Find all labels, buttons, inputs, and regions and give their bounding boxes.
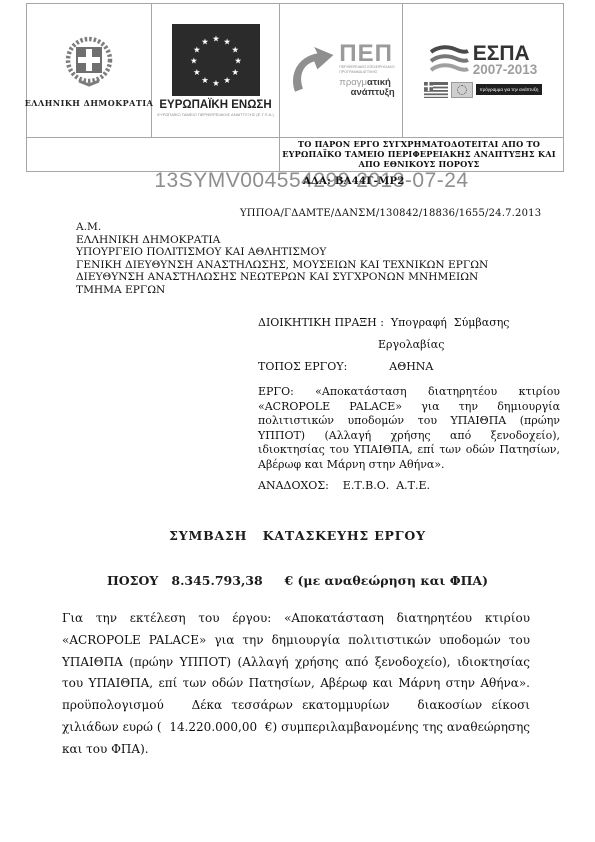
eu-mini-flag-icon xyxy=(451,82,473,98)
administrative-act-line2: Εργολαβίας xyxy=(258,338,595,351)
contract-title: ΣΥΜΒΑΣΗ ΚΑΤΑΣΚΕΥΗΣ ΕΡΓΟΥ xyxy=(0,528,595,543)
svg-text:★: ★ xyxy=(212,78,219,88)
am-label: Α.Μ. xyxy=(76,221,488,234)
agency-line: ΔΙΕΥΘΥΝΣΗ ΑΝΑΣΤΗΛΩΣΗΣ ΝΕΩΤΕΡΩΝ ΚΑΙ ΣΥΓΧΡ… xyxy=(76,271,488,284)
pep-swoosh-icon xyxy=(287,45,335,97)
eu-flag-icon: ★ ★ ★ ★ ★ ★ ★ ★ ★ ★ ★ ★ xyxy=(172,24,260,96)
pep-acronym: ΠΕΠ xyxy=(339,43,393,65)
svg-text:★: ★ xyxy=(190,56,197,66)
svg-text:★: ★ xyxy=(193,45,200,55)
agency-line: ΥΠΟΥΡΓΕΙΟ ΠΟΛΙΤΙΣΜΟΥ ΚΑΙ ΑΘΛΗΤΙΣΜΟΥ xyxy=(76,246,488,259)
project-description: ΕΡΓΟ: «Αποκατάσταση διατηρητέου κτιρίου … xyxy=(258,385,560,473)
eu-subtitle: ΕΥΡΩΠΑΪΚΟ ΤΑΜΕΙΟ ΠΕΡΙΦΕΡΕΙΑΚΗΣ ΑΝΑΠΤΥΞΗΣ… xyxy=(157,112,273,117)
contract-amount-line: ΠΟΣΟΥ 8.345.793,38 € (με αναθεώρηση και … xyxy=(0,573,595,588)
administrative-act-line: ΔΙΟΙΚΗΤΙΚΗ ΠΡΑΞΗ : Υπογραφή Σύμβασης xyxy=(258,316,560,329)
espa-cell: ΕΣΠΑ 2007-2013 πρόγραμμα για την ανάπτυξ… xyxy=(403,4,563,137)
contract-body-paragraph: Για την εκτέλεση του έργου: «Αποκατάστασ… xyxy=(62,608,530,761)
table-divider xyxy=(27,137,563,138)
svg-text:★: ★ xyxy=(212,34,219,44)
svg-text:★: ★ xyxy=(193,67,200,77)
protocol-number: ΥΠΠΟΑ/ΓΔΑΜΤΕ/ΔΑΝΣΜ/130842/18836/1655/24.… xyxy=(240,208,541,219)
adam-watermark: 13SYMV004554299 2013-07-24 xyxy=(0,169,595,193)
svg-text:★: ★ xyxy=(201,36,208,46)
svg-text:★: ★ xyxy=(234,56,241,66)
svg-text:★: ★ xyxy=(231,67,238,77)
document-page: ΕΛΛΗΝΙΚΗ ΔΗΜΟΚΡΑΤΙΑ ★ ★ ★ ★ ★ ★ ★ ★ ★ ★ … xyxy=(0,0,595,842)
espa-waves-icon xyxy=(429,44,469,78)
pep-slogan-line2: ανάπτυξη xyxy=(351,88,395,98)
svg-text:★: ★ xyxy=(223,75,230,85)
svg-text:★: ★ xyxy=(231,45,238,55)
pep-subtitle-2: ΠΡΟΓΡΑΜΜΑ ΑΤΤΙΚΗΣ xyxy=(339,70,377,75)
svg-text:★: ★ xyxy=(223,36,230,46)
agency-block: Α.Μ. ΕΛΛΗΝΙΚΗ ΔΗΜΟΚΡΑΤΙΑ ΥΠΟΥΡΓΕΙΟ ΠΟΛΙΤ… xyxy=(76,221,488,296)
hellenic-republic-label: ΕΛΛΗΝΙΚΗ ΔΗΜΟΚΡΑΤΙΑ xyxy=(25,98,154,108)
espa-title: ΕΣΠΑ xyxy=(473,44,530,63)
agency-line: ΕΛΛΗΝΙΚΗ ΔΗΜΟΚΡΑΤΙΑ xyxy=(76,234,488,247)
espa-badge: πρόγραμμα για την ανάπτυξη xyxy=(476,84,543,95)
agency-line: ΤΜΗΜΑ ΕΡΓΩΝ xyxy=(76,284,488,297)
hellenic-republic-cell: ΕΛΛΗΝΙΚΗ ΔΗΜΟΚΡΑΤΙΑ xyxy=(27,4,151,137)
contractor-line: ΑΝΑΔΟΧΟΣ: Ε.Τ.Β.Ο. Α.Τ.Ε. xyxy=(258,479,560,492)
pep-cell: ΠΕΠ ΠΕΡΙΦΕΡΕΙΑΚΟ ΕΠΙΧΕΙΡΗΣΙΑΚΟ ΠΡΟΓΡΑΜΜΑ… xyxy=(280,4,402,137)
ada-code: ΑΔΑ: ΒΛ44Γ-ΜΡ2 xyxy=(303,176,405,187)
project-location-line: ΤΟΠΟΣ ΕΡΓΟΥ: ΑΘΗΝΑ xyxy=(258,360,560,373)
eu-title: ΕΥΡΩΠΑΪΚΗ ΕΝΩΣΗ xyxy=(159,99,271,111)
eu-cell: ★ ★ ★ ★ ★ ★ ★ ★ ★ ★ ★ ★ ΕΥΡΩΠΑΪΚΗ ΕΝΩΣΗ … xyxy=(152,4,279,137)
cofinance-statement: ΤΟ ΠΑΡΟΝ ΕΡΓΟ ΣΥΓΧΡΗΜΑΤΟΔΟΤΕΙΤΑΙ ΑΠΟ ΤΟ … xyxy=(281,139,557,170)
greek-flag-icon xyxy=(424,82,448,98)
espa-years: 2007-2013 xyxy=(473,63,538,77)
agency-line: ΓΕΝΙΚΗ ΔΙΕΥΘΥΝΣΗ ΑΝΑΣΤΗΛΩΣΗΣ, ΜΟΥΣΕΙΩΝ Κ… xyxy=(76,259,488,272)
greek-emblem-icon xyxy=(61,34,117,92)
svg-text:★: ★ xyxy=(201,75,208,85)
